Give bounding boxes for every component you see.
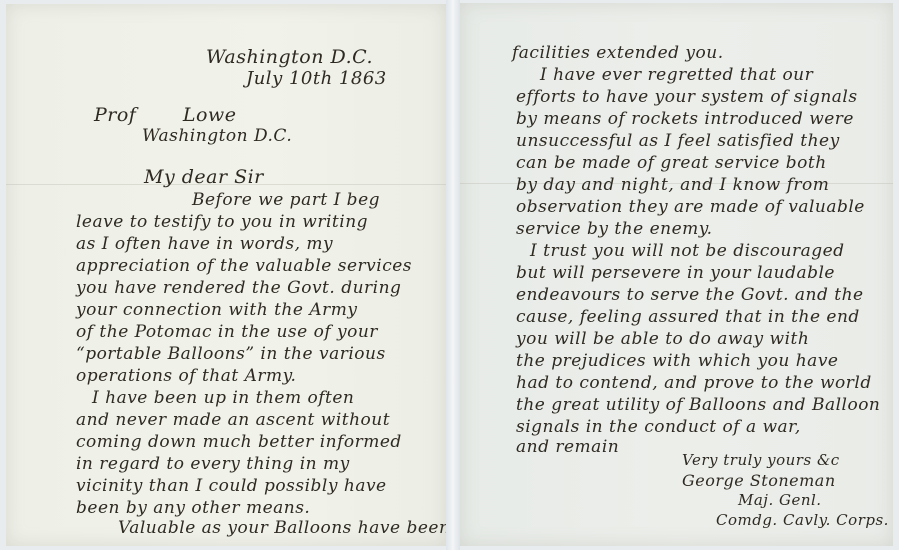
body-line: “portable Balloons” in the various [76, 344, 386, 364]
header-date: July 10th 1863 [246, 68, 387, 89]
closing: Very truly yours &c [682, 451, 840, 469]
body-line: the prejudices with which you have [516, 351, 839, 371]
body-line: in regard to every thing in my [76, 454, 350, 474]
body-line: been by any other means. [76, 498, 310, 518]
body-line: facilities extended you. [512, 43, 724, 63]
body-line: observation they are made of valuable [516, 197, 865, 217]
body-line: of the Potomac in the use of your [76, 322, 378, 342]
body-line: coming down much better informed [76, 432, 402, 452]
body-line: I have been up in them often [92, 388, 354, 408]
body-line: service by the enemy. [516, 219, 713, 239]
command: Comdg. Cavly. Corps. [716, 511, 889, 529]
body-line: unsuccessful as I feel satisfied they [516, 131, 840, 151]
body-line: Valuable as your Balloons have been [118, 518, 446, 538]
body-line: but will persevere in your laudable [516, 263, 835, 283]
body-line: had to contend, and prove to the world [516, 373, 872, 393]
rank: Maj. Genl. [738, 491, 822, 509]
body-line: and never made an ascent without [76, 410, 390, 430]
body-line: you will be able to do away with [516, 329, 809, 349]
body-line: endeavours to serve the Govt. and the [516, 285, 864, 305]
letter-page-1: Washington D.C. July 10th 1863 Prof Lowe… [6, 4, 446, 546]
body-line: your connection with the Army [76, 300, 357, 320]
body-line: you have rendered the Govt. during [76, 278, 401, 298]
addressee-place: Washington D.C. [142, 126, 292, 146]
signature: George Stoneman [682, 471, 836, 490]
body-line: efforts to have your system of signals [516, 87, 858, 107]
body-line: as I often have in words, my [76, 234, 333, 254]
body-line: leave to testify to you in writing [76, 212, 368, 232]
body-line: appreciation of the valuable services [76, 256, 412, 276]
body-line: can be made of great service both [516, 153, 827, 173]
body-line: and remain [516, 437, 619, 457]
salutation: My dear Sir [144, 166, 264, 188]
body-line: by means of rockets introduced were [516, 109, 854, 129]
header-place: Washington D.C. [206, 46, 373, 68]
body-line: vicinity than I could possibly have [76, 476, 387, 496]
body-line: the great utility of Balloons and Balloo… [516, 395, 880, 415]
body-line: cause, feeling assured that in the end [516, 307, 860, 327]
body-line: signals in the conduct of a war, [516, 417, 801, 437]
body-line: operations of that Army. [76, 366, 296, 386]
page-gutter [446, 0, 460, 550]
addressee-name: Prof Lowe [94, 104, 236, 126]
letter-page-2: facilities extended you. I have ever reg… [460, 3, 893, 546]
body-line: I trust you will not be discouraged [530, 241, 845, 261]
body-line: Before we part I beg [192, 190, 380, 210]
body-line: I have ever regretted that our [540, 65, 813, 85]
body-line: by day and night, and I know from [516, 175, 829, 195]
